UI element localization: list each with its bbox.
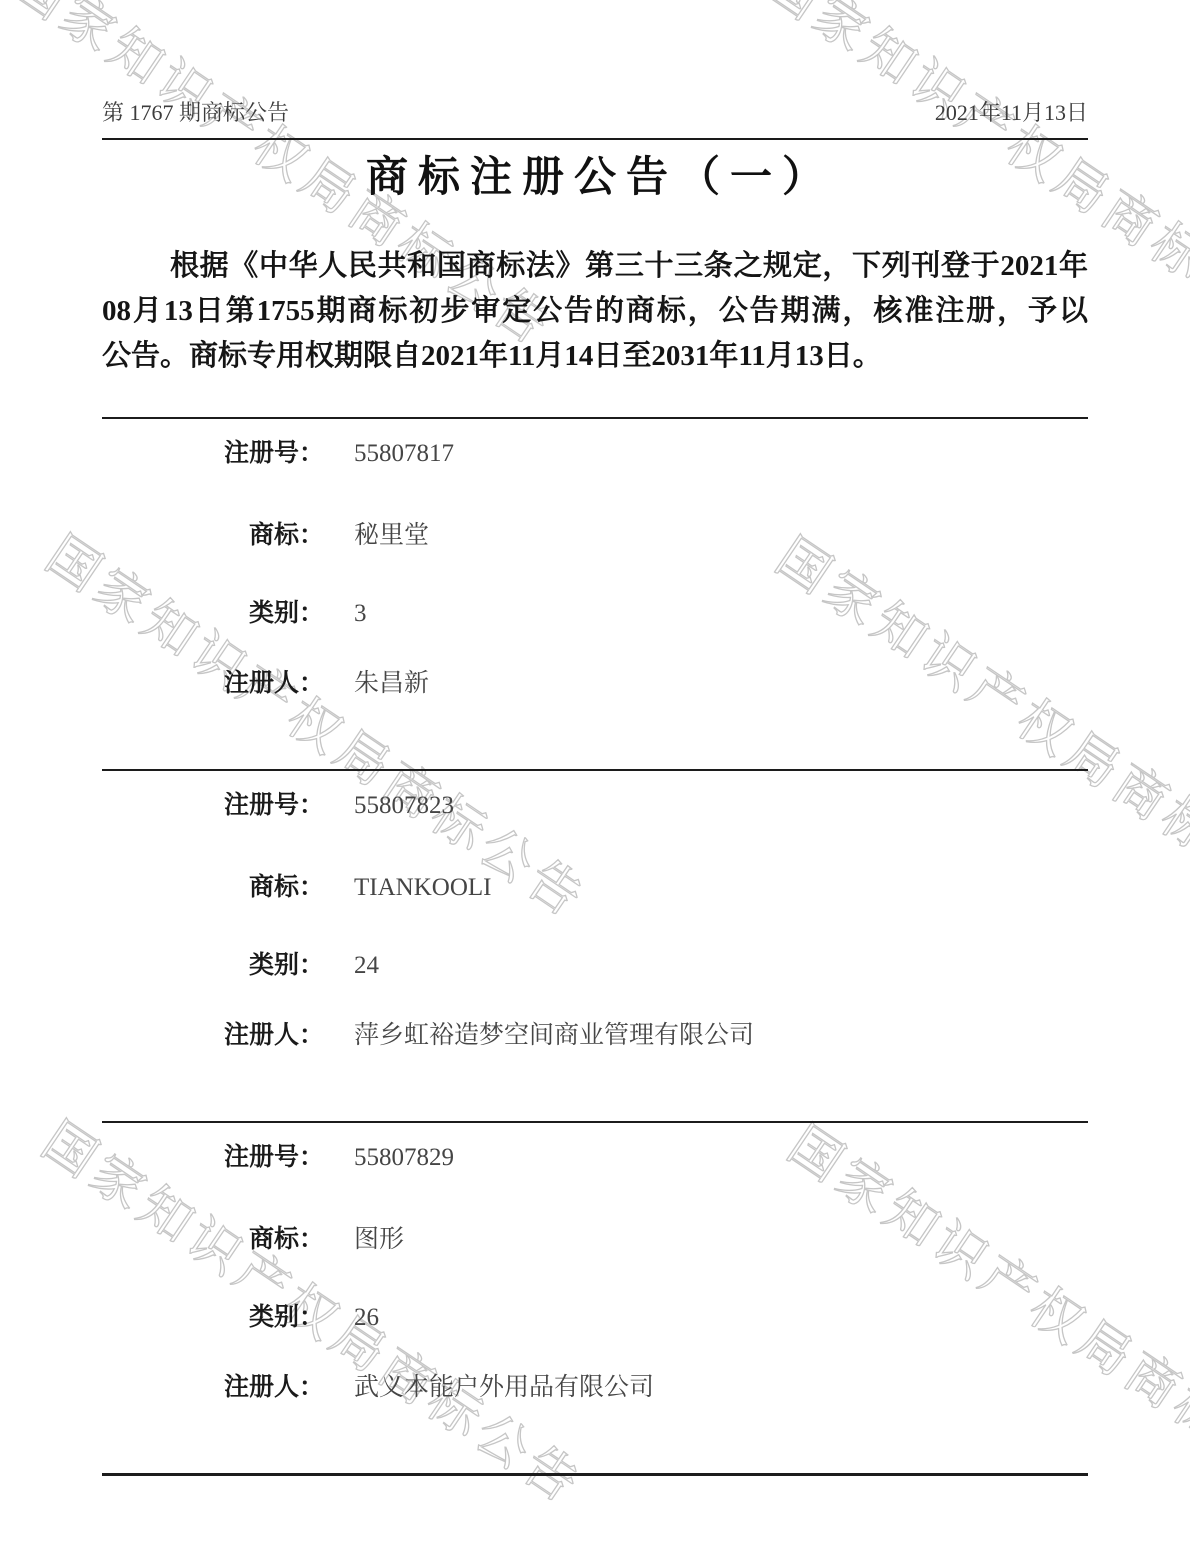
trademark-record-2: 注册号： 55807823 商标： TIANKOOLI 类别： 24 注册人： … bbox=[102, 769, 1088, 1121]
record-row-registrant: 注册人： 朱昌新 bbox=[102, 669, 1088, 699]
trademark-record-1: 注册号： 55807817 商标： 秘里堂 类别： 3 注册人： 朱昌新 bbox=[102, 417, 1088, 769]
mark-label: 商标： bbox=[102, 521, 324, 551]
intro-line-3: 公告。商标专用权期限自2021年11月14日至2031年11月13日。 bbox=[102, 334, 1088, 379]
trademark-record-3: 注册号： 55807829 商标： 图形 类别： 26 注册人： 武义本能户外用… bbox=[102, 1121, 1088, 1473]
intro-line-1: 根据《中华人民共和国商标法》第三十三条之规定，下列刊登于2021年 bbox=[102, 244, 1088, 289]
registrant-value: 朱昌新 bbox=[324, 669, 429, 699]
intro-line-2: 08月13日第1755期商标初步审定公告的商标，公告期满，核准注册，予以 bbox=[102, 289, 1088, 334]
record-row-mark: 商标： 秘里堂 bbox=[102, 521, 1088, 599]
intro-paragraph: 根据《中华人民共和国商标法》第三十三条之规定，下列刊登于2021年 08月13日… bbox=[102, 244, 1088, 379]
mark-label: 商标： bbox=[102, 873, 324, 903]
mark-label: 商标： bbox=[102, 1225, 324, 1255]
reg-no-label: 注册号： bbox=[102, 1143, 324, 1173]
page-title: 商标注册公告（一） bbox=[102, 157, 1088, 199]
category-value: 3 bbox=[324, 599, 367, 629]
page-header: 第 1767 期商标公告 2021年11月13日 bbox=[102, 96, 1088, 127]
mark-value: TIANKOOLI bbox=[324, 873, 491, 903]
reg-no-value: 55807823 bbox=[324, 791, 454, 821]
reg-no-value: 55807829 bbox=[324, 1143, 454, 1173]
registrant-value: 武义本能户外用品有限公司 bbox=[324, 1373, 654, 1403]
gazette-page: 国家知识产权局商标公告 国家知识产权局商标公告 国家知识产权局商标公告 国家知识… bbox=[0, 0, 1190, 1564]
category-label: 类别： bbox=[102, 599, 324, 629]
record-row-mark: 商标： TIANKOOLI bbox=[102, 873, 1088, 951]
gazette-date: 2021年11月13日 bbox=[935, 96, 1088, 127]
header-divider bbox=[102, 138, 1088, 140]
registrant-label: 注册人： bbox=[102, 1373, 324, 1403]
record-row-registrant: 注册人： 武义本能户外用品有限公司 bbox=[102, 1373, 1088, 1403]
record-row-reg-no: 注册号： 55807823 bbox=[102, 791, 1088, 873]
mark-value: 图形 bbox=[324, 1225, 404, 1255]
registrant-label: 注册人： bbox=[102, 669, 324, 699]
category-value: 24 bbox=[324, 951, 379, 981]
record-row-registrant: 注册人： 萍乡虹裕造梦空间商业管理有限公司 bbox=[102, 1021, 1088, 1051]
trademark-records: 注册号： 55807817 商标： 秘里堂 类别： 3 注册人： 朱昌新 bbox=[102, 417, 1088, 1476]
page-content: 第 1767 期商标公告 2021年11月13日 商标注册公告（一） 根据《中华… bbox=[0, 0, 1190, 1476]
record-row-category: 类别： 3 bbox=[102, 599, 1088, 669]
section-end-divider bbox=[102, 1473, 1088, 1476]
category-value: 26 bbox=[324, 1303, 379, 1333]
registrant-label: 注册人： bbox=[102, 1021, 324, 1051]
record-row-mark: 商标： 图形 bbox=[102, 1225, 1088, 1303]
category-label: 类别： bbox=[102, 1303, 324, 1333]
mark-value: 秘里堂 bbox=[324, 521, 429, 551]
category-label: 类别： bbox=[102, 951, 324, 981]
reg-no-label: 注册号： bbox=[102, 439, 324, 469]
record-row-category: 类别： 26 bbox=[102, 1303, 1088, 1373]
record-row-reg-no: 注册号： 55807829 bbox=[102, 1143, 1088, 1225]
reg-no-label: 注册号： bbox=[102, 791, 324, 821]
reg-no-value: 55807817 bbox=[324, 439, 454, 469]
record-row-reg-no: 注册号： 55807817 bbox=[102, 439, 1088, 521]
gazette-issue-label: 第 1767 期商标公告 bbox=[102, 96, 289, 127]
record-row-category: 类别： 24 bbox=[102, 951, 1088, 1021]
registrant-value: 萍乡虹裕造梦空间商业管理有限公司 bbox=[324, 1021, 754, 1051]
